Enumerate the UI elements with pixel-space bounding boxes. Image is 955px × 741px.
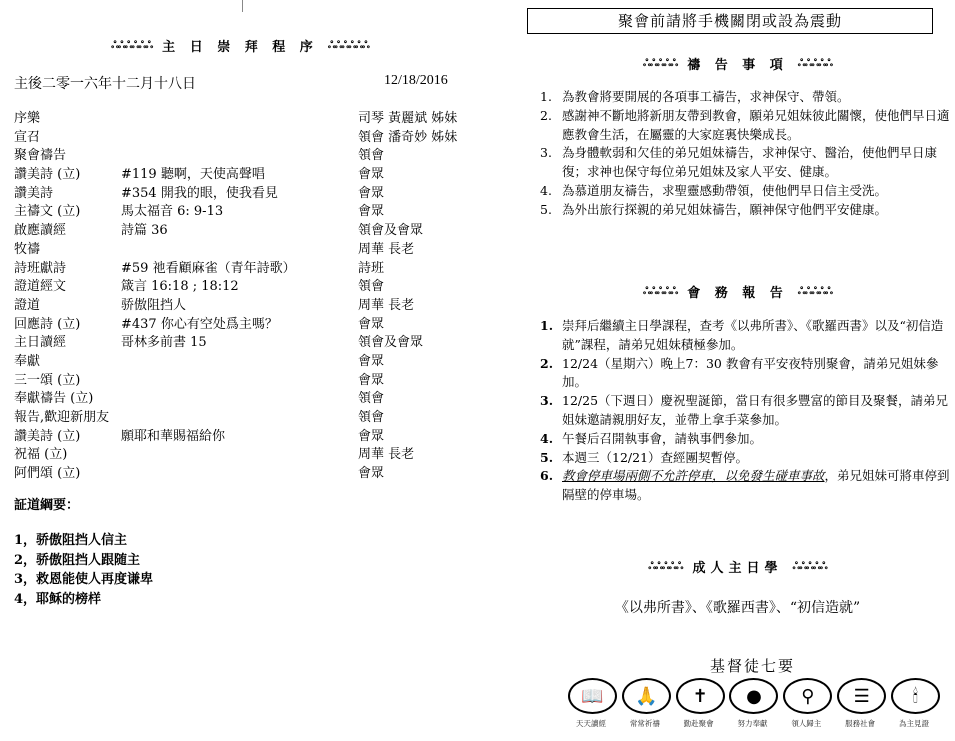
ornament-icon: ஃஃஃஃஃ: [648, 561, 682, 573]
seven-essentials-graphic: 基督徒七要 📖🙏✝●⚲☰🕯 天天讀經常常祈禱勤赴聚會努力奉獻領人歸主服務社會為主…: [565, 655, 940, 729]
program-item: 詩班獻詩: [14, 260, 66, 278]
parking-warning: 教會停車場兩側不允許停車，以免發生碰車事故: [562, 468, 825, 483]
sunday-school-books: 《以弗所書》、《歌羅西書》、“初信造就”: [520, 597, 955, 617]
program-by: 會眾: [358, 465, 384, 483]
program-by: 會眾: [358, 372, 384, 390]
seven-essentials-icons: 📖🙏✝●⚲☰🕯: [565, 678, 940, 714]
program-item: 報告,歡迎新朋友: [14, 409, 109, 427]
ornament-icon: ஃஃஃஃஃ: [643, 58, 677, 70]
fold-mark: [242, 0, 243, 12]
sunday-school-heading: ஃஃஃஃஃ成人主日學ஃஃஃஃஃ: [520, 557, 955, 576]
program-row: 宣召領會 潘奇妙 姊妹: [14, 129, 474, 148]
program-row: 祝福 (立)周華 長老: [14, 446, 474, 465]
program-by: 領會及會眾: [358, 222, 423, 240]
prayer-heading: ஃஃஃஃஃ禱 告 事 項ஃஃஃஃஃ: [520, 54, 955, 73]
program-detail: 願耶和華賜福給你: [121, 428, 225, 446]
program-by: 領會: [358, 409, 384, 427]
program-by: 詩班: [358, 260, 384, 278]
program-row: 奉獻會眾: [14, 353, 474, 372]
ornament-icon: ஃஃஃஃஃ: [793, 561, 827, 573]
program-row: 阿們頌 (立)會眾: [14, 465, 474, 484]
prayer-item: 4.為慕道朋友禱告，求聖靈感動帶領，使他們早日信主受洗。: [520, 182, 950, 201]
service-icon: ☰: [837, 678, 886, 714]
essential-label: 勤赴聚會: [673, 718, 725, 729]
program-item: 啟應讀經: [14, 222, 66, 240]
program-table: 序樂司琴 黃麗斌 姊妹宣召領會 潘奇妙 姊妹聚會禱告領會讚美詩 (立)#119 …: [14, 110, 474, 484]
program-row: 奉獻禱告 (立)領會: [14, 390, 474, 409]
program-row: 讚美詩 (立)願耶和華賜福給你會眾: [14, 428, 474, 447]
ornament-icon: ஃஃஃஃஃ: [798, 58, 832, 70]
prayer-item: 5.為外出旅行探親的弟兄姐妹禱告，願神保守他們平安健康。: [520, 201, 950, 220]
prayer-item: 1.為教會將要開展的各項事工禱告，求神保守、帶領。: [520, 88, 950, 107]
program-item: 主日讀經: [14, 334, 66, 352]
essential-label: 努力奉獻: [726, 718, 778, 729]
essential-label: 常常祈禱: [619, 718, 671, 729]
program-item: 牧禱: [14, 241, 40, 259]
program-detail: 詩篇 36: [121, 222, 168, 240]
program-row: 讚美詩 (立)#119 聽啊，天使高聲唱會眾: [14, 166, 474, 185]
program-item: 讚美詩 (立): [14, 166, 80, 184]
program-detail: #59 祂看顧麻雀（青年詩歌）: [121, 260, 296, 278]
program-item: 聚會禱告: [14, 147, 66, 165]
program-item: 讚美詩: [14, 185, 53, 203]
outline-point: 3，救恩能使人再度谦卑: [14, 570, 153, 590]
worship-program-heading: ஃஃஃஃஃஃ主 日 崇 拜 程 序ஃஃஃஃஃஃ: [0, 36, 480, 55]
essential-label: 領人歸主: [780, 718, 832, 729]
program-row: 啟應讀經詩篇 36領會及會眾: [14, 222, 474, 241]
announcement-item: 4.午餐后召開執事會，請執事們參加。: [520, 430, 950, 449]
program-detail: #437 你心有空处爲主嗎？: [121, 316, 278, 334]
program-item: 證道經文: [14, 278, 66, 296]
announcement-item: 3.12/25（下週日）慶祝聖誕節，當日有很多豐富的節目及聚餐，請弟兄姐妹邀請親…: [520, 392, 950, 430]
giving-icon: ●: [729, 678, 778, 714]
program-by: 周華 長老: [358, 241, 414, 259]
program-detail: 哥林多前書 15: [121, 334, 207, 352]
date-chinese: 主後二零一六年十二月十八日: [14, 73, 196, 93]
outline-point: 2，骄傲阻挡人跟随主: [14, 551, 153, 571]
program-detail: #354 開我的眼，使我看見: [121, 185, 278, 203]
praying-icon: 🙏: [622, 678, 671, 714]
program-row: 證道骄傲阻挡人周華 長老: [14, 297, 474, 316]
program-row: 報告,歡迎新朋友領會: [14, 409, 474, 428]
program-detail: #119 聽啊，天使高聲唱: [121, 166, 265, 184]
program-by: 會眾: [358, 428, 384, 446]
program-row: 讚美詩#354 開我的眼，使我看見會眾: [14, 185, 474, 204]
prayer-item: 3.為身體軟弱和欠佳的弟兄姐妹禱告，求神保守、醫治，使他們早日康復；求神也保守每…: [520, 144, 950, 182]
program-item: 奉獻: [14, 353, 40, 371]
program-by: 周華 長老: [358, 446, 414, 464]
program-row: 證道經文箴言 16:18 ; 18:12領會: [14, 278, 474, 297]
seven-essentials-labels: 天天讀經常常祈禱勤赴聚會努力奉獻領人歸主服務社會為主見證: [565, 718, 940, 729]
program-by: 領會: [358, 390, 384, 408]
announcement-item: 1.崇拜后繼續主日學課程，查考《以弗所書》、《歌羅西書》以及“初信造就”課程，請…: [520, 317, 950, 355]
prayer-item: 2.感謝神不斷地將新朋友帶到教會，願弟兄姐妹彼此關懷，使他們早日適應教會生活，在…: [520, 107, 950, 145]
program-by: 領會: [358, 147, 384, 165]
program-by: 司琴 黃麗斌 姊妹: [358, 110, 457, 128]
announcement-item: 6.教會停車場兩側不允許停車，以免發生碰車事故，弟兄姐妹可將車停到隔壁的停車場。: [520, 467, 950, 505]
program-by: 會眾: [358, 316, 384, 334]
phone-notice-box: 聚會前請將手機關閉或設為震動: [527, 8, 933, 34]
program-item: 宣召: [14, 129, 40, 147]
program-row: 主日讀經哥林多前書 15領會及會眾: [14, 334, 474, 353]
program-item: 讚美詩 (立): [14, 428, 80, 446]
program-row: 詩班獻詩#59 祂看顧麻雀（青年詩歌）詩班: [14, 260, 474, 279]
program-detail: 骄傲阻挡人: [121, 297, 186, 315]
announcements-heading: ஃஃஃஃஃ會 務 報 告ஃஃஃஃஃ: [520, 282, 955, 301]
announcements-page: 聚會前請將手機關閉或設為震動 ஃஃஃஃஃ禱 告 事 項ஃஃஃஃஃ 1.為教會將要…: [520, 0, 955, 741]
program-item: 證道: [14, 297, 40, 315]
ornament-icon: ஃஃஃஃஃஃ: [328, 40, 369, 52]
candle-icon: 🕯: [891, 678, 940, 714]
ornament-icon: ஃஃஃஃஃ: [798, 286, 832, 298]
ornament-icon: ஃஃஃஃஃஃ: [111, 40, 152, 52]
program-by: 會眾: [358, 203, 384, 221]
program-row: 主禱文 (立)馬太福音 6: 9-13會眾: [14, 203, 474, 222]
program-by: 領會: [358, 278, 384, 296]
program-row: 序樂司琴 黃麗斌 姊妹: [14, 110, 474, 129]
program-by: 領會 潘奇妙 姊妹: [358, 129, 457, 147]
program-row: 牧禱周華 長老: [14, 241, 474, 260]
outline-point: 4，耶稣的榜样: [14, 590, 153, 610]
outline-point: 1，骄傲阻挡人信主: [14, 531, 153, 551]
program-item: 主禱文 (立): [14, 203, 80, 221]
prayer-list: 1.為教會將要開展的各項事工禱告，求神保守、帶領。 2.感謝神不斷地將新朋友帶到…: [520, 88, 950, 220]
program-row: 聚會禱告領會: [14, 147, 474, 166]
program-by: 領會及會眾: [358, 334, 423, 352]
sermon-outline-title: 証道綱要：: [14, 494, 153, 513]
program-row: 回應詩 (立)#437 你心有空处爲主嗎？會眾: [14, 316, 474, 335]
announcement-item: 5.本週三（12/21）查經團契暫停。: [520, 449, 950, 468]
essential-label: 為主見證: [888, 718, 940, 729]
program-detail: 馬太福音 6: 9-13: [121, 203, 223, 221]
essential-label: 天天讀經: [565, 718, 617, 729]
program-item: 祝福 (立): [14, 446, 67, 464]
reading-icon: 📖: [568, 678, 617, 714]
program-row: 三一頌 (立)會眾: [14, 372, 474, 391]
worship-program-page: ஃஃஃஃஃஃ主 日 崇 拜 程 序ஃஃஃஃஃஃ 主後二零一六年十二月十八日 12…: [0, 0, 480, 741]
essential-label: 服務社會: [834, 718, 886, 729]
announcement-item: 2.12/24（星期六）晚上7：30 教會有平安夜特別聚會，請弟兄姐妹參加。: [520, 355, 950, 393]
date-numeric: 12/18/2016: [384, 73, 448, 89]
program-detail: 箴言 16:18 ; 18:12: [121, 278, 239, 296]
program-item: 三一頌 (立): [14, 372, 80, 390]
program-by: 周華 長老: [358, 297, 414, 315]
program-item: 奉獻禱告 (立): [14, 390, 93, 408]
ornament-icon: ஃஃஃஃஃ: [643, 286, 677, 298]
program-item: 回應詩 (立): [14, 316, 80, 334]
seven-essentials-title: 基督徒七要: [565, 655, 940, 676]
program-item: 阿們頌 (立): [14, 465, 80, 483]
worship-icon: ✝: [676, 678, 725, 714]
program-by: 會眾: [358, 353, 384, 371]
evangelism-icon: ⚲: [783, 678, 832, 714]
program-item: 序樂: [14, 110, 40, 128]
sermon-outline: 証道綱要： 1，骄傲阻挡人信主 2，骄傲阻挡人跟随主 3，救恩能使人再度谦卑 4…: [14, 494, 153, 609]
announcement-list: 1.崇拜后繼續主日學課程，查考《以弗所書》、《歌羅西書》以及“初信造就”課程，請…: [520, 317, 950, 505]
program-by: 會眾: [358, 185, 384, 203]
program-by: 會眾: [358, 166, 384, 184]
